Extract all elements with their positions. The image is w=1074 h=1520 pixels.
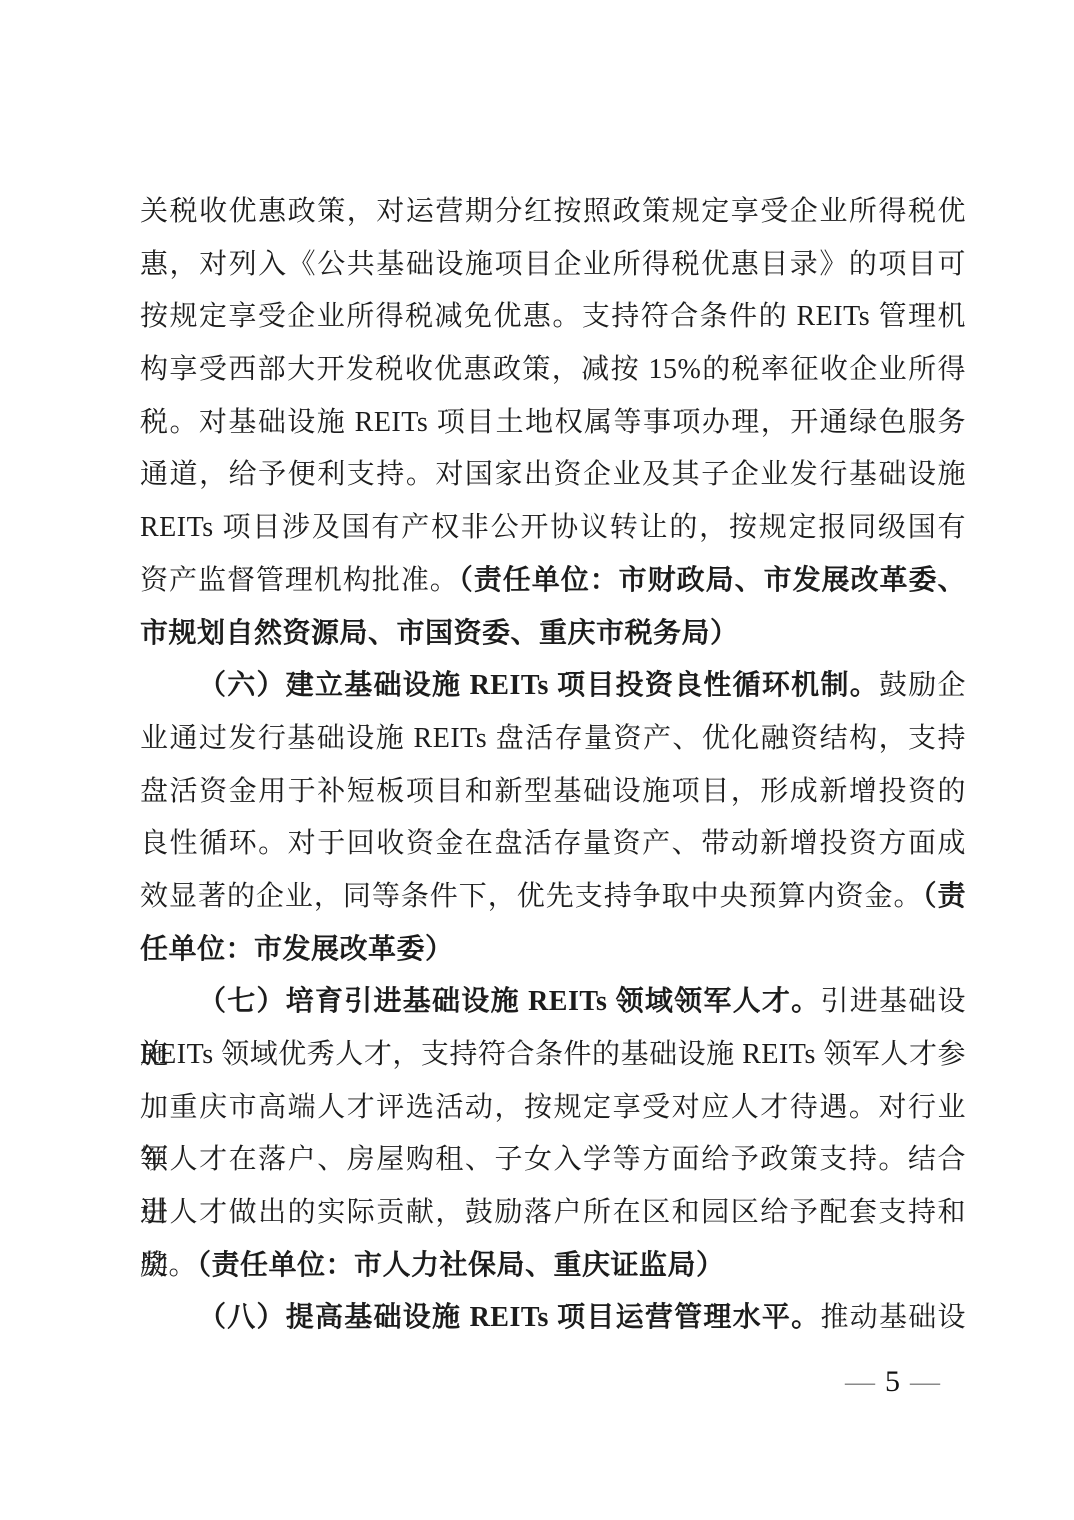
text-run: 资产监督管理机构批准。 [140,565,459,596]
text-run: 鼓励企 [879,670,966,701]
page-footer: — 5 — [845,1362,940,1402]
text-line: REITs 领域优秀人才，支持符合条件的基础设施 REITs 领军人才参 [140,1029,966,1082]
text-run-bold: （六）建立基础设施 REITs 项目投资良性循环机制。 [198,670,879,701]
text-line: 盘活资金用于补短板项目和新型基础设施项目，形成新增投资的 [140,766,966,819]
page-number: 5 [885,1362,900,1402]
text-line: （八）提高基础设施 REITs 项目运营管理水平。推动基础设 [140,1292,966,1345]
text-run: 通道，给予便利支持。对国家出资企业及其子企业发行基础设施 [140,459,966,490]
text-run: 盘活资金用于补短板项目和新型基础设施项目，形成新增投资的 [140,776,966,807]
text-run: 按规定享受企业所得税减免优惠。支持符合条件的 REITs 管理机 [140,301,966,332]
text-run: 效显著的企业，同等条件下，优先支持争取中央预算内资金。 [140,881,923,912]
document-page: 关税收优惠政策，对运营期分红按照政策规定享受企业所得税优惠，对列入《公共基础设施… [0,0,1074,1520]
text-run: 税。对基础设施 REITs 项目土地权属等事项办理，开通绿色服务 [140,407,966,438]
text-line: 惠，对列入《公共基础设施项目企业所得税优惠目录》的项目可 [140,239,966,292]
text-line: 资产监督管理机构批准。（责任单位：市财政局、市发展改革委、 [140,555,966,608]
text-run: 良性循环。对于回收资金在盘活存量资产、带动新增投资方面成 [140,828,966,859]
text-line: 通道，给予便利支持。对国家出资企业及其子企业发行基础设施 [140,449,966,502]
text-run: 推动基础设 [820,1302,966,1333]
text-run: REITs 项目涉及国有产权非公开协议转让的，按规定报同级国有 [140,512,966,543]
footer-dash-right: — [910,1362,940,1402]
text-line: 良性循环。对于回收资金在盘活存量资产、带动新增投资方面成 [140,818,966,871]
text-run-bold: （责 [923,881,966,912]
text-line: 效显著的企业，同等条件下，优先支持争取中央预算内资金。（责 [140,871,966,924]
text-line: 关税收优惠政策，对运营期分红按照政策规定享受企业所得税优 [140,186,966,239]
text-line: （七）培育引进基础设施 REITs 领域领军人才。引进基础设施 [140,976,966,1029]
text-run-bold: （责任单位：市财政局、市发展改革委、 [459,565,966,596]
text-line: 构享受西部大开发税收优惠政策，减按 15%的税率征收企业所得 [140,344,966,397]
text-line: 任单位：市发展改革委） [140,924,966,977]
text-run: REITs 领域优秀人才，支持符合条件的基础设施 REITs 领军人才参 [140,1039,966,1070]
text-line: 加重庆市高端人才评选活动，按规定享受对应人才待遇。对行业领 [140,1082,966,1135]
footer-dash-left: — [845,1362,875,1402]
text-run: 业通过发行基础设施 REITs 盘活存量资产、优化融资结构，支持 [140,723,966,754]
text-run: 惠，对列入《公共基础设施项目企业所得税优惠目录》的项目可 [140,249,966,280]
text-run-bold: 市规划自然资源局、市国资委、重庆市税务局） [140,618,739,649]
text-line: 进人才做出的实际贡献，鼓励落户所在区和园区给予配套支持和奖 [140,1187,966,1240]
text-line: 税。对基础设施 REITs 项目土地权属等事项办理，开通绿色服务 [140,397,966,450]
text-line: 励。（责任单位：市人力社保局、重庆证监局） [140,1240,966,1293]
text-run: 关税收优惠政策，对运营期分红按照政策规定享受企业所得税优 [140,196,966,227]
text-line: （六）建立基础设施 REITs 项目投资良性循环机制。鼓励企 [140,660,966,713]
text-run-bold: （七）培育引进基础设施 REITs 领域领军人才。 [198,986,820,1017]
text-run-bold: 任单位：市发展改革委） [140,934,454,965]
text-line: 业通过发行基础设施 REITs 盘活存量资产、优化融资结构，支持 [140,713,966,766]
text-line: 市规划自然资源局、市国资委、重庆市税务局） [140,608,966,661]
text-run: 励。 [140,1250,197,1281]
text-line: 按规定享受企业所得税减免优惠。支持符合条件的 REITs 管理机 [140,291,966,344]
text-run-bold: （八）提高基础设施 REITs 项目运营管理水平。 [198,1302,820,1333]
text-line: REITs 项目涉及国有产权非公开协议转让的，按规定报同级国有 [140,502,966,555]
text-line: 军人才在落户、房屋购租、子女入学等方面给予政策支持。结合引 [140,1134,966,1187]
text-run-bold: （责任单位：市人力社保局、重庆证监局） [197,1250,725,1281]
document-body: 关税收优惠政策，对运营期分红按照政策规定享受企业所得税优惠，对列入《公共基础设施… [140,186,966,1345]
text-run: 构享受西部大开发税收优惠政策，减按 15%的税率征收企业所得 [140,354,966,385]
